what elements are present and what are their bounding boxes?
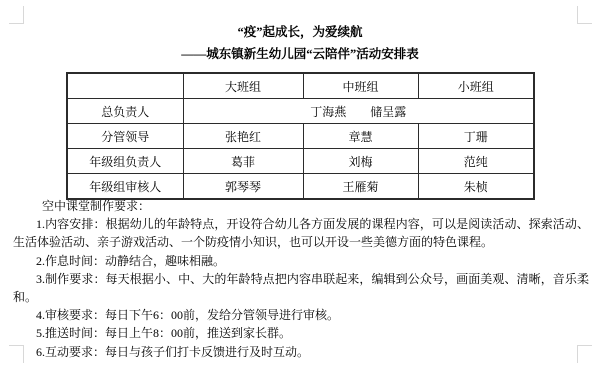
table-row-supervising-leader: 分管领导 张艳红 章慧 丁珊 — [67, 124, 534, 149]
requirement-item-push: 5.推送时间：每日上午8：00前，推送到家长群。 — [13, 324, 589, 342]
row-label-supervising-leader: 分管领导 — [67, 124, 183, 149]
margin-mark-top-left-icon — [9, 6, 24, 24]
cell-grade-leader-middle: 刘梅 — [303, 149, 418, 174]
document-subtitle: ——城东镇新生幼儿园“云陪伴”活动安排表 — [0, 48, 600, 61]
table-row-grade-leader: 年级组负责人 葛菲 刘梅 范纯 — [67, 149, 534, 174]
header-cell-empty — [67, 73, 183, 99]
table-header-row: 大班组 中班组 小班组 — [67, 73, 534, 99]
requirement-item-content: 1.内容安排：根据幼儿的年龄特点，开设符合幼儿各方面发展的课程内容，可以是阅读活… — [13, 215, 589, 251]
merged-names-cell: 丁海燕 储呈露 — [183, 99, 534, 124]
table-row-grade-reviewer: 年级组审核人 郭琴琴 王雁菊 朱桢 — [67, 174, 534, 200]
cell-supervising-middle: 章慧 — [303, 124, 418, 149]
requirements-section: 空中课堂制作要求： 1.内容安排：根据幼儿的年龄特点，开设符合幼儿各方面发展的课… — [13, 197, 589, 361]
row-label-general-director: 总负责人 — [67, 99, 183, 124]
table-row-general-director: 总负责人 丁海燕 储呈露 — [67, 99, 534, 124]
requirement-item-production: 3.制作要求：每天根据小、中、大的年龄特点把内容串联起来，编辑到公众号，画面美观… — [13, 270, 589, 306]
row-label-grade-leader: 年级组负责人 — [67, 149, 183, 174]
cell-grade-reviewer-junior: 朱桢 — [418, 174, 534, 200]
cell-grade-leader-junior: 范纯 — [418, 149, 534, 174]
header-cell-middle-group: 中班组 — [303, 73, 418, 99]
document-title: “疫”起成长，为爱续航 — [0, 26, 600, 39]
requirements-heading: 空中课堂制作要求： — [13, 197, 589, 215]
cell-grade-reviewer-middle: 王雁菊 — [303, 174, 418, 200]
document-page: “疫”起成长，为爱续航 ——城东镇新生幼儿园“云陪伴”活动安排表 大班组 中班组… — [0, 0, 600, 372]
cell-supervising-junior: 丁珊 — [418, 124, 534, 149]
requirement-item-schedule: 2.作息时间：动静结合，趣味相融。 — [13, 252, 589, 270]
requirement-item-review: 4.审核要求：每日下午6：00前，发给分管领导进行审核。 — [13, 306, 589, 324]
row-label-grade-reviewer: 年级组审核人 — [67, 174, 183, 200]
staff-table: 大班组 中班组 小班组 总负责人 丁海燕 储呈露 分管领导 张艳红 章慧 丁珊 … — [66, 72, 535, 200]
requirement-item-interaction: 6.互动要求：每日与孩子们打卡反馈进行及时互动。 — [13, 343, 589, 361]
header-cell-senior-group: 大班组 — [183, 73, 303, 99]
margin-mark-top-right-icon — [577, 6, 592, 24]
cell-grade-reviewer-senior: 郭琴琴 — [183, 174, 303, 200]
cell-grade-leader-senior: 葛菲 — [183, 149, 303, 174]
header-cell-junior-group: 小班组 — [418, 73, 534, 99]
cell-supervising-senior: 张艳红 — [183, 124, 303, 149]
